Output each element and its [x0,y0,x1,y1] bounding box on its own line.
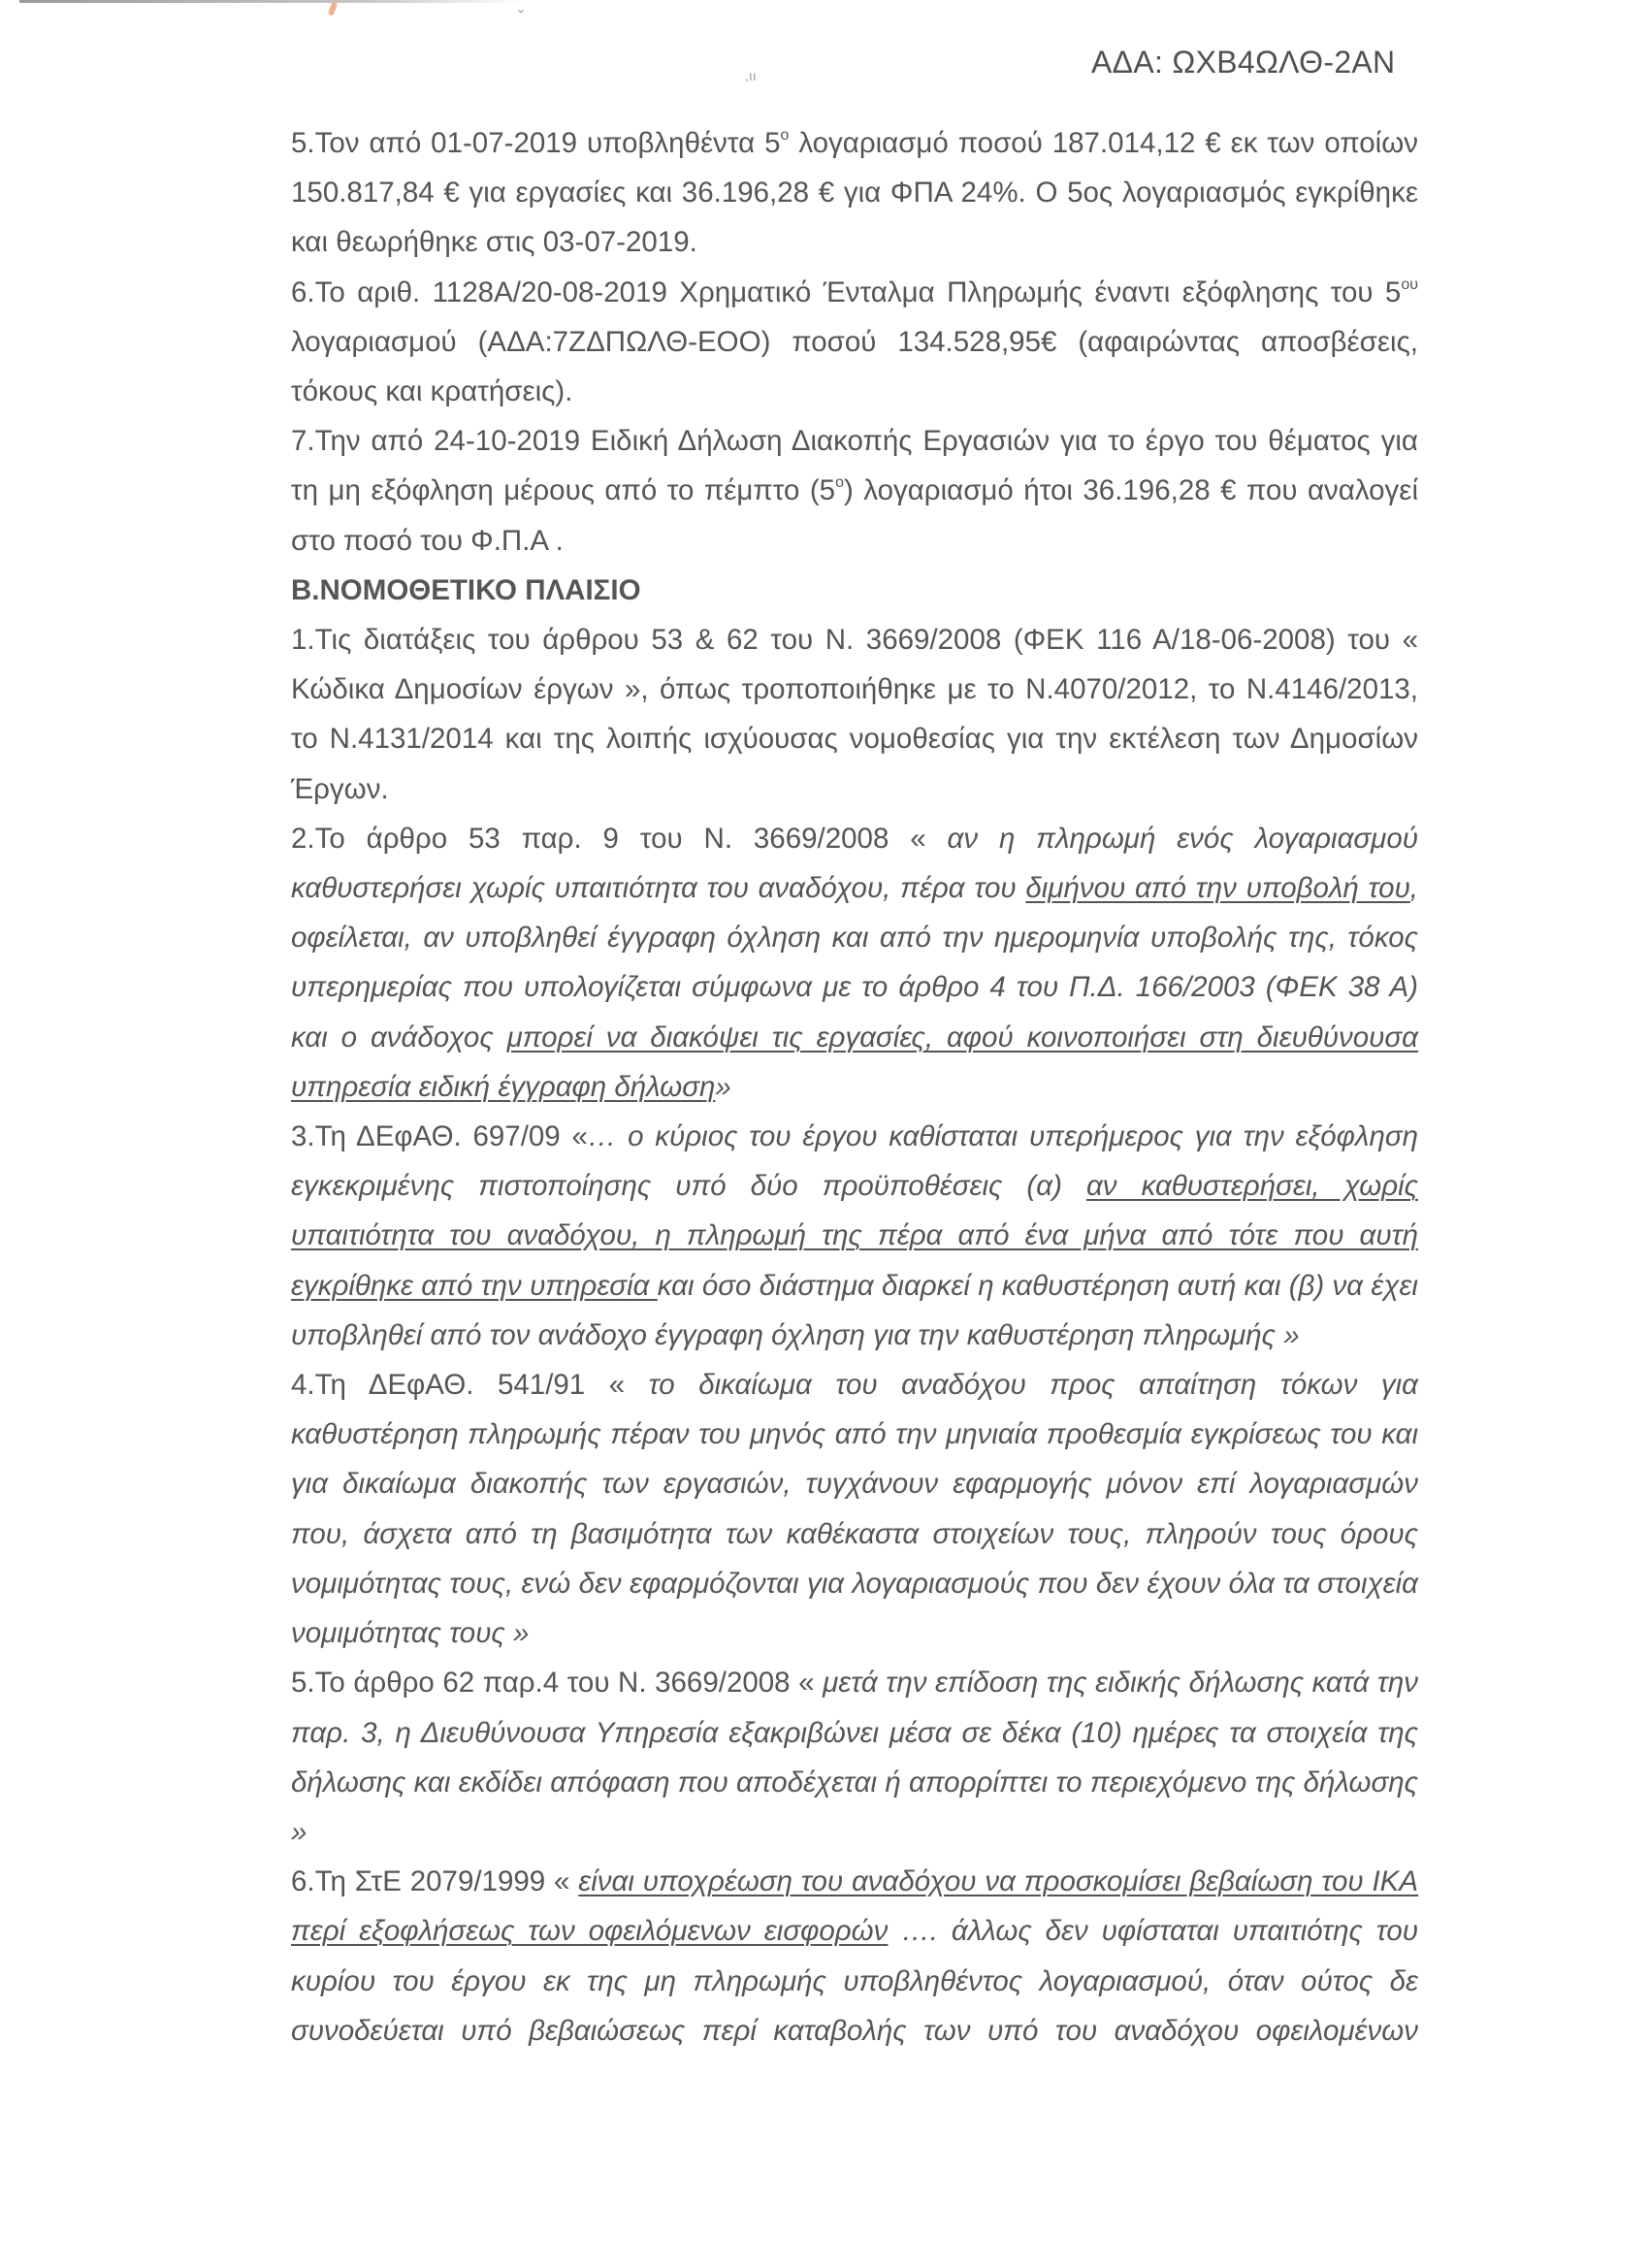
section-b-heading: Β.ΝΟΜΟΘΕΤΙΚΟ ΠΛΑΙΣΙΟ [291,566,1418,615]
document-ada-code: ΑΔΑ: ΩΧΒ4ΩΛΘ-2ΑΝ [1091,45,1395,81]
superscript-ordinal: ου [1401,276,1418,293]
scan-speck-artifact: ˇ [518,8,524,28]
paragraph-b2: 2.Το άρθρο 53 παρ. 9 του Ν. 3669/2008 « … [291,814,1418,1112]
superscript-ordinal: ο [835,474,844,491]
paragraph-b4: 4.Τη ΔΕφΑΘ. 541/91 « το δικαίωμα του ανα… [291,1360,1418,1658]
underlined-quote-text: διμήνου από την υποβολή του [1025,872,1409,904]
scan-edge-artifact [19,0,524,3]
paragraph-text: 3.Τη ΔΕφΑΘ. 697/09 « [291,1120,588,1152]
section-b-items: 1.Τις διατάξεις του άρθρου 53 & 62 του Ν… [291,615,1418,2056]
paragraph-b6: 6.Τη ΣτΕ 2079/1999 « είναι υποχρέωση του… [291,1857,1418,2056]
quoted-text: » [715,1071,730,1103]
paragraph-text: 6.Το αριθ. 1128Α/20-08-2019 Χρηματικό Έν… [291,276,1401,308]
paragraph-text: 5.Τον από 01-07-2019 υποβληθέντα 5 [291,127,781,159]
document-body: 5.Τον από 01-07-2019 υποβληθέντα 5ο λογα… [291,118,1418,2056]
section-a-items: 5.Τον από 01-07-2019 υποβληθέντα 5ο λογα… [291,118,1418,566]
paragraph-b5: 5.Το άρθρο 62 παρ.4 του Ν. 3669/2008 « μ… [291,1658,1418,1857]
paragraph-b3: 3.Τη ΔΕφΑΘ. 697/09 «… ο κύριος του έργου… [291,1112,1418,1360]
paragraph-item6: 6.Το αριθ. 1128Α/20-08-2019 Χρηματικό Έν… [291,268,1418,417]
paragraph-item5: 5.Τον από 01-07-2019 υποβληθέντα 5ο λογα… [291,118,1418,268]
paragraph-text: 1.Τις διατάξεις του άρθρου 53 & 62 του Ν… [291,624,1418,805]
paragraph-text: λογαριασμού (ΑΔΑ:7ΖΔΠΩΛΘ-ΕΟΟ) ποσού 134.… [291,326,1418,407]
paragraph-text: 6.Τη ΣτΕ 2079/1999 « [291,1865,578,1897]
paragraph-item7: 7.Την από 24-10-2019 Ειδική Δήλωση Διακο… [291,416,1418,566]
paragraph-text: 2.Το άρθρο 53 παρ. 9 του Ν. 3669/2008 « [291,823,948,855]
scan-stain-artifact [328,1,338,16]
paragraph-text: 4.Τη ΔΕφΑΘ. 541/91 « [291,1369,649,1401]
quoted-text: το δικαίωμα του αναδόχου προς απαίτηση τ… [291,1369,1418,1649]
paragraph-b1: 1.Τις διατάξεις του άρθρου 53 & 62 του Ν… [291,615,1418,814]
paragraph-text: 5.Το άρθρο 62 παρ.4 του Ν. 3669/2008 « [291,1667,823,1699]
scan-speck-artifact: ,ıı [745,68,757,83]
